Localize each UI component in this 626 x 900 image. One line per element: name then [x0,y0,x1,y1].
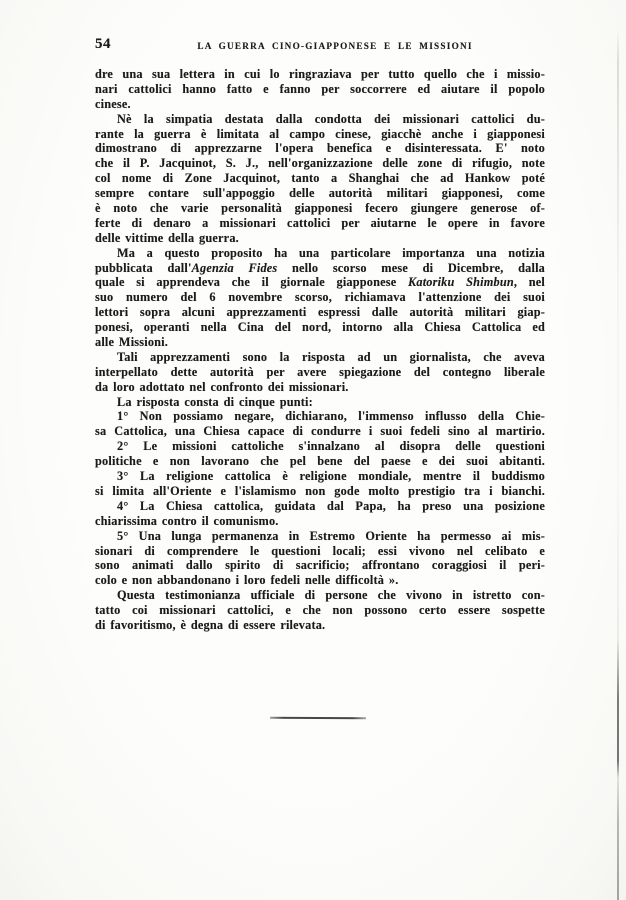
text-line: tatto coi missionari cattolici, e che no… [95,603,545,618]
text-line: sempre contare sull'appoggio delle autor… [95,186,545,201]
text-line: delle vittime della guerra. [95,231,545,246]
text-line: sa Cattolica, una Chiesa capace di condu… [95,424,545,439]
text-line: suo numero del 6 novembre scorso, richia… [95,290,545,305]
text-line: colo e non abbandonano i loro fedeli nel… [95,573,545,588]
text-line: La risposta consta di cinque punti: [95,395,545,410]
text-line: cinese. [95,97,545,112]
paragraph: Nè la simpatia destata dalla condotta de… [95,112,545,246]
paragraph: dre una sua lettera in cui lo ringraziav… [95,67,545,112]
text-line: Questa testimonianza ufficiale di person… [95,588,545,603]
section-divider [270,717,366,720]
text-line: alle Missioni. [95,335,545,350]
text-line: sono animati dallo spirito di sacrificio… [95,558,545,573]
text-line: di favoritismo, è degna di essere rileva… [95,618,545,633]
text-line: Nè la simpatia destata dalla condotta de… [95,112,545,127]
paragraph: Ma a questo proposito ha una particolare… [95,246,545,350]
text-line: 1° Non possiamo negare, dichiarano, l'im… [95,409,545,424]
text-line: quale si apprendeva che il giornale giap… [95,275,545,290]
text-line: è noto che varie personalità giapponesi … [95,201,545,216]
paragraph: 4° La Chiesa cattolica, guidata dal Papa… [95,499,545,529]
text-line: che il P. Jacquinot, S. J., nell'organiz… [95,156,545,171]
paragraph: Tali apprezzamenti sono la risposta ad u… [95,350,545,395]
text-line: interpellato dette autorità per avere sp… [95,365,545,380]
text-line: rante la guerra è limitata al campo cine… [95,127,545,142]
scanned-book-page: 54 LA GUERRA CINO-GIAPPONESE E LE MISSIO… [0,0,626,900]
paragraph: 1° Non possiamo negare, dichiarano, l'im… [95,409,545,439]
text-line: Tali apprezzamenti sono la risposta ad u… [95,350,545,365]
text-line: pubblicata dall'Agenzia Fides nello scor… [95,261,545,276]
text-line: ferte di denaro a missionari cattolici p… [95,216,545,231]
text-line: si limita all'Oriente e l'islamismo non … [95,484,545,499]
body-text: dre una sua lettera in cui lo ringraziav… [95,67,545,633]
text-line: ponesi, operanti nella Cina del nord, in… [95,320,545,335]
text-line: 4° La Chiesa cattolica, guidata dal Papa… [95,499,545,514]
text-line: sionari di comprendere le questioni loca… [95,544,545,559]
text-line: 3° La religione cattolica è religione mo… [95,469,545,484]
text-line: 5° Una lunga permanenza in Estremo Orien… [95,529,545,544]
paragraph: 5° Una lunga permanenza in Estremo Orien… [95,529,545,589]
text-line: dimostrano di apprezzarne l'opera benefi… [95,141,545,156]
page-number: 54 [95,36,111,53]
text-line: politiche e non lavorano che pel bene de… [95,454,545,469]
text-line: da loro adottato nel confronto dei missi… [95,380,545,395]
text-line: nari cattolici hanno fatto e fanno per s… [95,82,545,97]
paragraph: 3° La religione cattolica è religione mo… [95,469,545,499]
text-line: lettori sopra alcuni apprezzamenti espre… [95,305,545,320]
text-line: chiarissima contro il comunismo. [95,514,545,529]
text-line: col nome di Zone Jacquinot, tanto a Shan… [95,171,545,186]
paragraph: La risposta consta di cinque punti: [95,395,545,410]
text-line: dre una sua lettera in cui lo ringraziav… [95,67,545,82]
paragraph: 2° Le missioni cattoliche s'innalzano al… [95,439,545,469]
text-line: 2° Le missioni cattoliche s'innalzano al… [95,439,545,454]
running-title: LA GUERRA CINO-GIAPPONESE E LE MISSIONI [180,41,490,51]
page-edge-line [617,28,619,900]
paragraph: Questa testimonianza ufficiale di person… [95,588,545,633]
text-line: Ma a questo proposito ha una particolare… [95,246,545,261]
